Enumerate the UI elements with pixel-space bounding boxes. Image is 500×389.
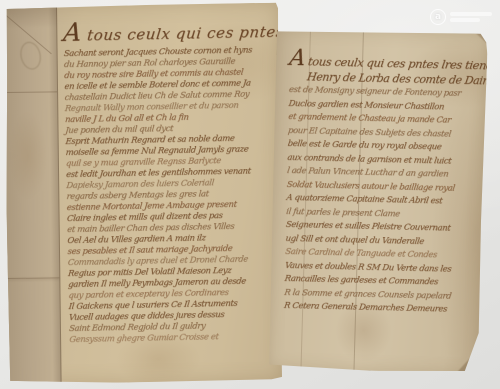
watermark-text-bar — [450, 18, 480, 22]
watermark-a-logo-icon: a — [430, 9, 446, 25]
manuscript-left-page: A tous ceulx qui ces pntes Sachant seron… — [4, 3, 283, 384]
right-page-handwriting: A tous ceulx qui ces pntes lres tiendron… — [284, 51, 480, 318]
left-page-heading: A tous ceulx qui ces pntes — [62, 16, 275, 49]
auction-watermark: a — [430, 9, 492, 25]
left-page-fold-margin — [4, 5, 62, 384]
manuscript-right-page: A tous ceulx qui ces pntes lres tiendron… — [268, 28, 488, 374]
watermark-text-bar — [450, 12, 492, 16]
watermark-text — [450, 12, 492, 23]
left-page-handwriting: A tous ceulx qui ces pntes Sachant seron… — [63, 16, 279, 346]
